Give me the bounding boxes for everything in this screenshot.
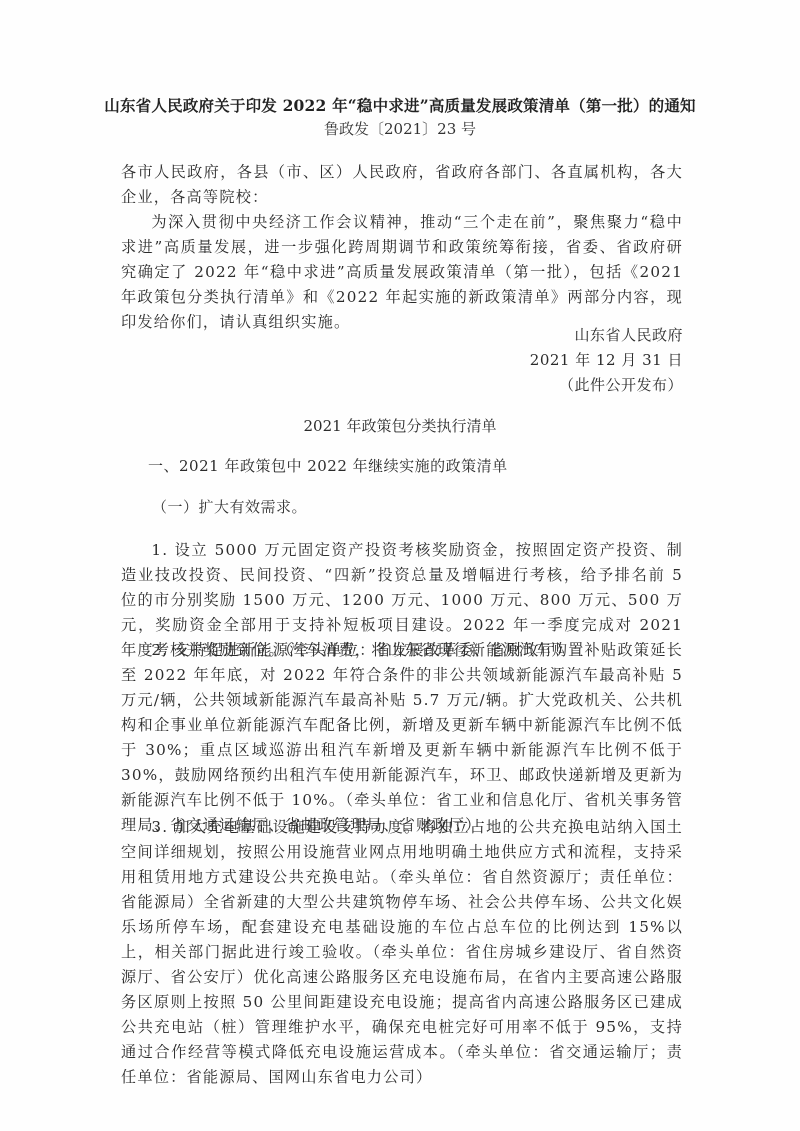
issue-date: 2021 年 12 月 31 日 — [530, 348, 683, 373]
intro-paragraph: 为深入贯彻中央经济工作会议精神，推动“三个走在前”，聚焦聚力“稳中求进”高质量发… — [121, 210, 683, 335]
addressees: 各市人民政府，各县（市、区）人民政府，省政府各部门、各直属机构，各大企业，各高等… — [121, 160, 683, 210]
policy-item-3: 3. 加大充电基础设施建设支持力度。将独立占地的公共充换电站纳入国土空间详细规划… — [121, 815, 683, 1090]
publication-note: （此件公开发布） — [530, 373, 683, 398]
document-title: 山东省人民政府关于印发 2022 年“稳中求进”高质量发展政策清单（第一批）的通… — [0, 95, 800, 117]
document-number: 鲁政发〔2021〕23 号 — [0, 118, 800, 140]
intro-block: 为深入贯彻中央经济工作会议精神，推动“三个走在前”，聚焦聚力“稳中求进”高质量发… — [121, 210, 683, 335]
addressees-block: 各市人民政府，各县（市、区）人民政府，省政府各部门、各直属机构，各大企业，各高等… — [121, 160, 683, 210]
policy-item-2: 2. 支持促进新能源汽车消费，将山东省现行新能源汽车购置补贴政策延长至 2022… — [121, 638, 683, 838]
section-heading: 一、2021 年政策包中 2022 年继续实施的政策清单 — [148, 455, 508, 477]
document-page: 山东省人民政府关于印发 2022 年“稳中求进”高质量发展政策清单（第一批）的通… — [0, 0, 800, 1131]
policy-item-text: 2. 支持促进新能源汽车消费，将山东省现行新能源汽车购置补贴政策延长至 2022… — [121, 638, 683, 838]
policy-item-text: 3. 加大充电基础设施建设支持力度。将独立占地的公共充换电站纳入国土空间详细规划… — [121, 815, 683, 1090]
issuer: 山东省人民政府 — [530, 323, 683, 348]
list-title: 2021 年政策包分类执行清单 — [0, 415, 800, 437]
signature-block: 山东省人民政府 2021 年 12 月 31 日 （此件公开发布） — [530, 323, 683, 398]
subsection-heading: （一）扩大有效需求。 — [152, 496, 307, 518]
